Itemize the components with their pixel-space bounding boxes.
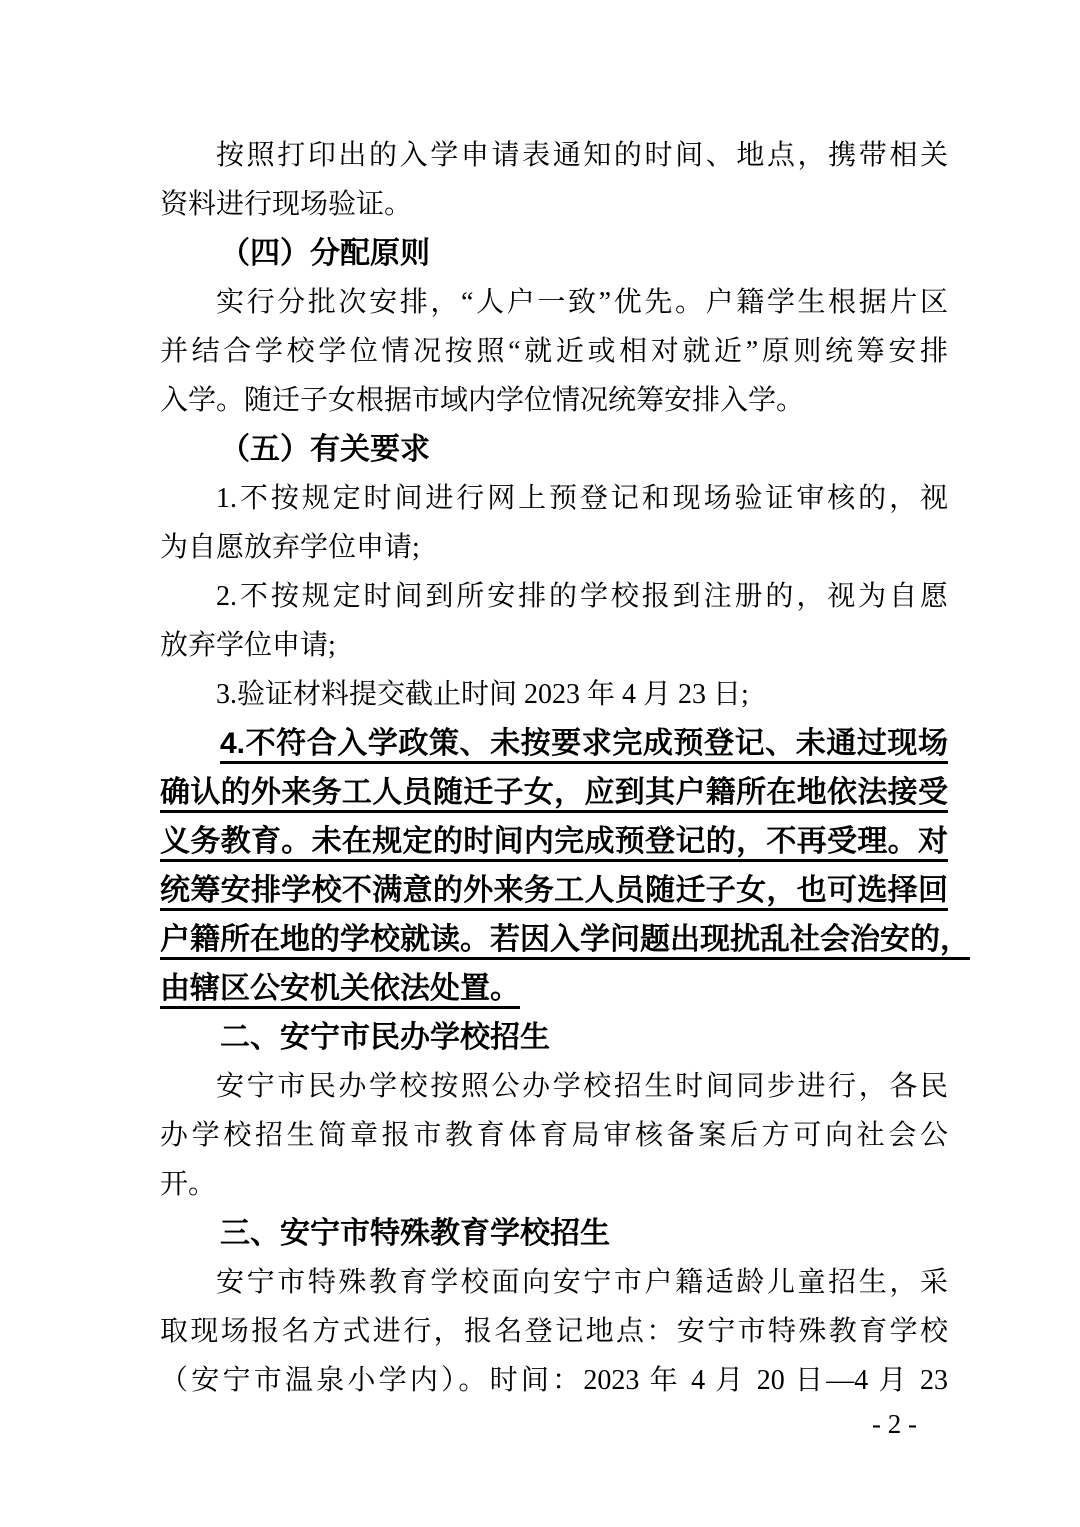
paragraph-body: 实行分批次安排，“人户一致”优先。户籍学生根据片区并结合学校学位情况按照“就近或… [160, 278, 948, 425]
text-line: 统筹安排学校不满意的外来务工人员随迁子女，也可选择回 [160, 866, 948, 915]
document-page: 按照打印出的入学申请表通知的时间、地点，携带相关资料进行现场验证。（四）分配原则… [0, 0, 1080, 1527]
text-line: 二、安宁市民办学校招生 [160, 1013, 948, 1062]
text-line: 资料进行现场验证。 [160, 180, 948, 229]
text-line: 1.不按规定时间进行网上预登记和现场验证审核的，视 [160, 474, 948, 523]
text-line: 实行分批次安排，“人户一致”优先。户籍学生根据片区 [160, 278, 948, 327]
text-line: 3.验证材料提交截止时间 2023 年 4 月 23 日; [160, 670, 948, 719]
text-line: 办学校招生简章报市教育体育局审核备案后方可向社会公 [160, 1111, 948, 1160]
text-line: 三、安宁市特殊教育学校招生 [160, 1209, 948, 1258]
document-content: 按照打印出的入学申请表通知的时间、地点，携带相关资料进行现场验证。（四）分配原则… [160, 131, 948, 1405]
text-line: （四）分配原则 [160, 229, 948, 278]
page-number: - 2 - [872, 1407, 917, 1441]
paragraph-body: 按照打印出的入学申请表通知的时间、地点，携带相关资料进行现场验证。 [160, 131, 948, 229]
paragraph-body: 1.不按规定时间进行网上预登记和现场验证审核的，视为自愿放弃学位申请; [160, 474, 948, 572]
text-line: 取现场报名方式进行，报名登记地点：安宁市特殊教育学校 [160, 1307, 948, 1356]
text-line: 义务教育。未在规定的时间内完成预登记的，不再受理。对 [160, 817, 948, 866]
paragraph-body: 安宁市特殊教育学校面向安宁市户籍适龄儿童招生，采取现场报名方式进行，报名登记地点… [160, 1258, 948, 1405]
text-line: 4.不符合入学政策、未按要求完成预登记、未通过现场 [160, 719, 948, 768]
text-line: （五）有关要求 [160, 425, 948, 474]
paragraph-body: 3.验证材料提交截止时间 2023 年 4 月 23 日; [160, 670, 948, 719]
text-line: （安宁市温泉小学内）。时间：2023 年 4 月 20 日—4 月 23 [160, 1356, 948, 1405]
text-line: 并结合学校学位情况按照“就近或相对就近”原则统筹安排 [160, 327, 948, 376]
text-line: 确认的外来务工人员随迁子女，应到其户籍所在地依法接受 [160, 768, 948, 817]
text-line: 户籍所在地的学校就读。若因入学问题出现扰乱社会治安的， [160, 915, 948, 964]
text-line: 放弃学位申请; [160, 621, 948, 670]
text-line: 按照打印出的入学申请表通知的时间、地点，携带相关 [160, 131, 948, 180]
text-line: 由辖区公安机关依法处置。 [160, 964, 948, 1013]
paragraph-heading: 二、安宁市民办学校招生 [160, 1013, 948, 1062]
paragraph-body: 安宁市民办学校按照公办学校招生时间同步进行，各民办学校招生简章报市教育体育局审核… [160, 1062, 948, 1209]
text-line: 入学。随迁子女根据市域内学位情况统筹安排入学。 [160, 376, 948, 425]
paragraph-body: 2.不按规定时间到所安排的学校报到注册的，视为自愿放弃学位申请; [160, 572, 948, 670]
text-line: 为自愿放弃学位申请; [160, 523, 948, 572]
text-line: 2.不按规定时间到所安排的学校报到注册的，视为自愿 [160, 572, 948, 621]
paragraph-heading: （四）分配原则 [160, 229, 948, 278]
paragraph-emphasis: 4.不符合入学政策、未按要求完成预登记、未通过现场确认的外来务工人员随迁子女，应… [160, 719, 948, 1013]
paragraph-heading: 三、安宁市特殊教育学校招生 [160, 1209, 948, 1258]
text-line: 开。 [160, 1160, 948, 1209]
paragraph-heading: （五）有关要求 [160, 425, 948, 474]
text-line: 安宁市特殊教育学校面向安宁市户籍适龄儿童招生，采 [160, 1258, 948, 1307]
text-line: 安宁市民办学校按照公办学校招生时间同步进行，各民 [160, 1062, 948, 1111]
